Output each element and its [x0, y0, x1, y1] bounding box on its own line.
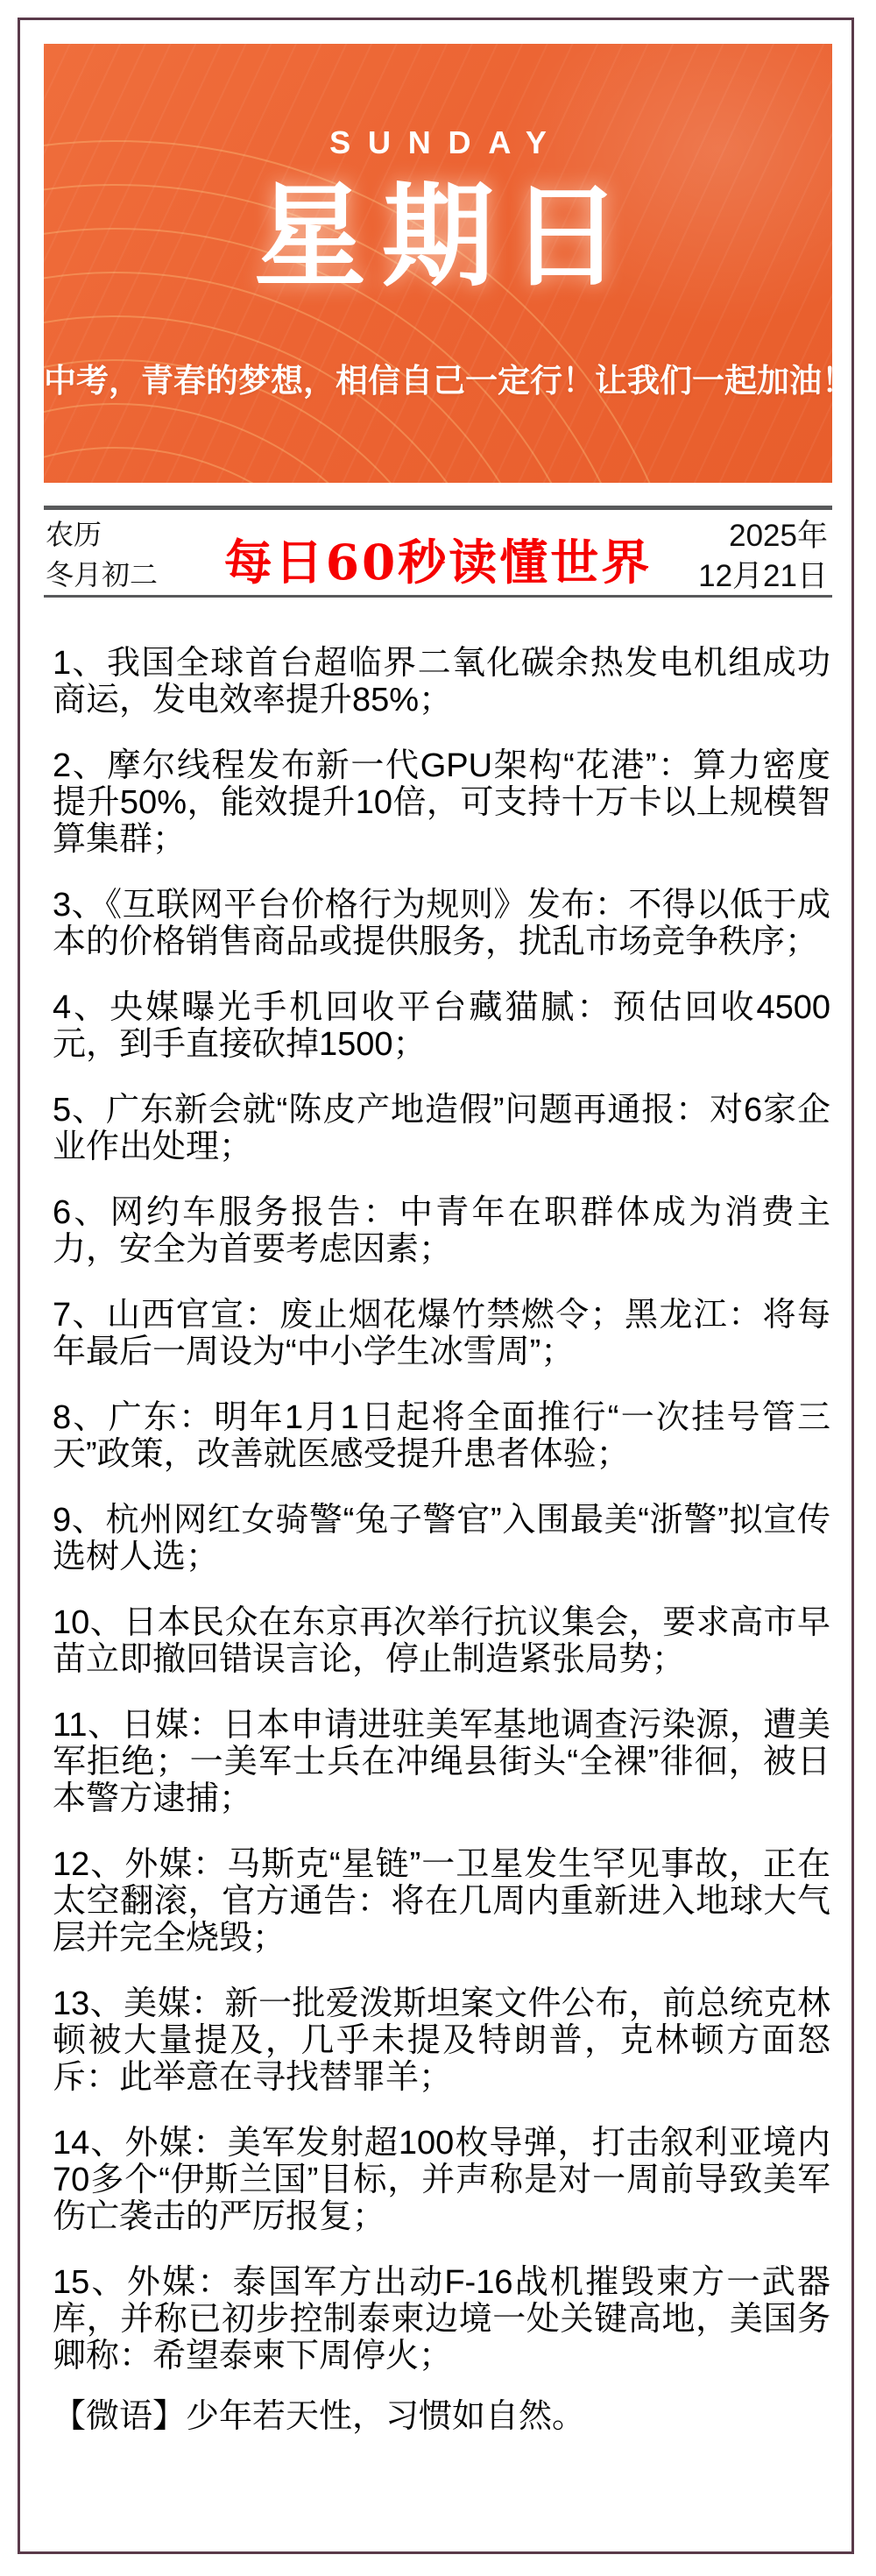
news-item-12: 12、外媒：马斯克“星链”一卫星发生罕见事故，正在太空翻滚，官方通告：将在几周内… — [53, 1846, 830, 1957]
divider-bottom — [44, 595, 832, 598]
news-item-10: 10、日本民众在东京再次举行抗议集会，要求高市早苗立即撤回错误言论，停止制造紧张… — [53, 1604, 830, 1678]
motto-text: 中考，青春的梦想，相信自己一定行！让我们一起加油！ — [44, 354, 832, 401]
divider-top — [44, 506, 832, 510]
news-item-4: 4、央媒曝光手机回收平台藏猫腻：预估回收4500元，到手直接砍掉1500； — [53, 989, 830, 1063]
news-item-5: 5、广东新会就“陈皮产地造假”问题再通报：对6家企业作出处理； — [53, 1092, 830, 1165]
news-item-8: 8、广东：明年1月1日起将全面推行“一次挂号管三天”政策，改善就医感受提升患者体… — [53, 1399, 830, 1473]
news-item-15: 15、外媒：泰国军方出动F-16战机摧毁柬方一武器库，并称已初步控制泰柬边境一处… — [53, 2264, 830, 2374]
news-item-1: 1、我国全球首台超临界二氧化碳余热发电机组成功商运，发电效率提升85%； — [53, 645, 830, 718]
news-item-3: 3、《互联网平台价格行为规则》发布：不得以低于成本的价格销售商品或提供服务，扰乱… — [53, 887, 830, 960]
news-item-9: 9、杭州网红女骑警“兔子警官”入围最美“浙警”拟宣传选树人选； — [53, 1502, 830, 1575]
weekday-chinese: 星期日 — [44, 156, 832, 319]
header-banner: SUNDAY 星期日 中考，青春的梦想，相信自己一定行！让我们一起加油！ — [44, 44, 832, 483]
news-list: 1、我国全球首台超临界二氧化碳余热发电机组成功商运，发电效率提升85%； 2、摩… — [53, 645, 830, 2435]
page-title: 每日60秒读懂世界 — [0, 524, 876, 593]
news-item-14: 14、外媒：美军发射超100枚导弹，打击叙利亚境内70多个“伊斯兰国”目标，并声… — [53, 2125, 830, 2235]
news-item-13: 13、美媒：新一批爱泼斯坦案文件公布，前总统克林顿被大量提及，几乎未提及特朗普，… — [53, 1985, 830, 2096]
weiyu-quote: 【微语】少年若天性，习惯如自然。 — [53, 2398, 830, 2435]
news-item-6: 6、网约车服务报告：中青年在职群体成为消费主力，安全为首要考虑因素； — [53, 1194, 830, 1268]
news-item-7: 7、山西官宣：废止烟花爆竹禁燃令；黑龙江：将每年最后一周设为“中小学生冰雪周”； — [53, 1297, 830, 1370]
news-item-2: 2、摩尔线程发布新一代GPU架构“花港”：算力密度提升50%，能效提升10倍，可… — [53, 747, 830, 858]
news-item-11: 11、日媒：日本申请进驻美军基地调查污染源，遭美军拒绝；一美军士兵在冲绳县街头“… — [53, 1707, 830, 1817]
